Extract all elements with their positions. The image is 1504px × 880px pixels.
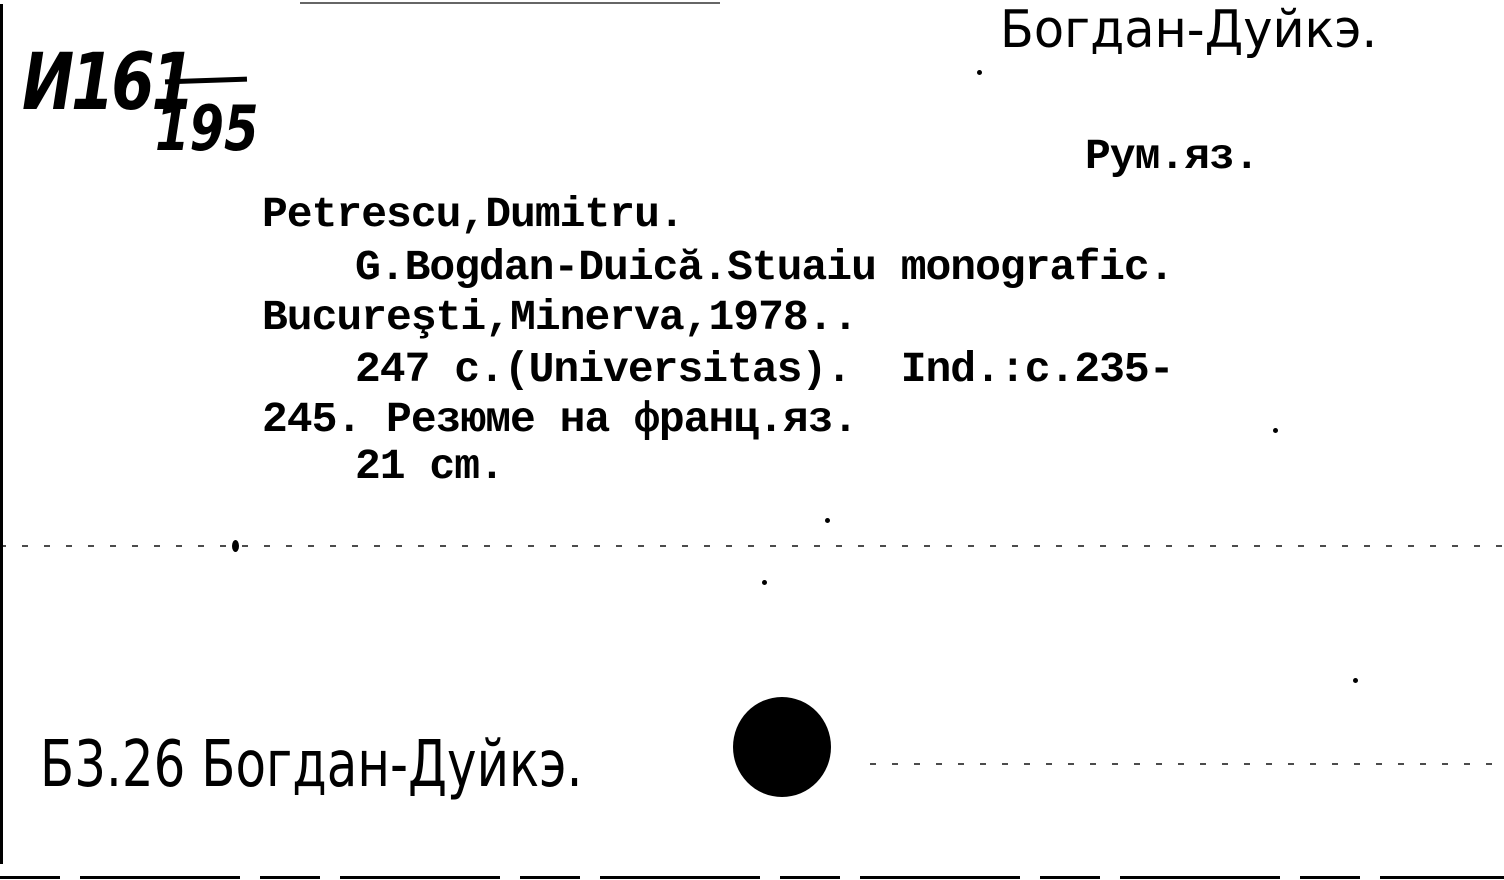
card-edge-top bbox=[300, 2, 720, 4]
entry-size: 21 cm. bbox=[355, 445, 504, 488]
card-edge-left bbox=[0, 4, 3, 864]
card-edge-bottom bbox=[0, 876, 1504, 879]
shelf-mark: Б3.26 Богдан-Дуйкэ. bbox=[40, 728, 582, 802]
call-number-sub: 195 bbox=[155, 92, 259, 165]
card-punch-hole bbox=[733, 697, 831, 797]
entry-imprint: Bucureşti,Minerva,1978.. bbox=[262, 296, 857, 339]
entry-author: Petrescu,Dumitru. bbox=[262, 193, 684, 236]
catalog-card: И161 195 Богдан-Дуйкэ. Рум.яз. Petrescu,… bbox=[0, 0, 1504, 880]
speck bbox=[232, 540, 239, 552]
speck bbox=[762, 580, 767, 585]
speck bbox=[825, 518, 830, 523]
subject-heading: Богдан-Дуйкэ. bbox=[1000, 0, 1377, 60]
language-note: Рум.яз. bbox=[1085, 135, 1259, 178]
speck bbox=[977, 70, 982, 75]
entry-title: G.Bogdan-Duică.Stuaiu monografic. bbox=[355, 246, 1174, 289]
speck bbox=[1353, 678, 1358, 683]
guide-line bbox=[0, 545, 1504, 547]
entry-pagination: 247 c.(Universitas). Ind.:c.235- bbox=[355, 348, 1174, 391]
guide-line bbox=[870, 763, 1504, 765]
speck bbox=[1273, 428, 1278, 433]
entry-pagination-cont: 245. Резюме на франц.яз. bbox=[262, 398, 857, 441]
